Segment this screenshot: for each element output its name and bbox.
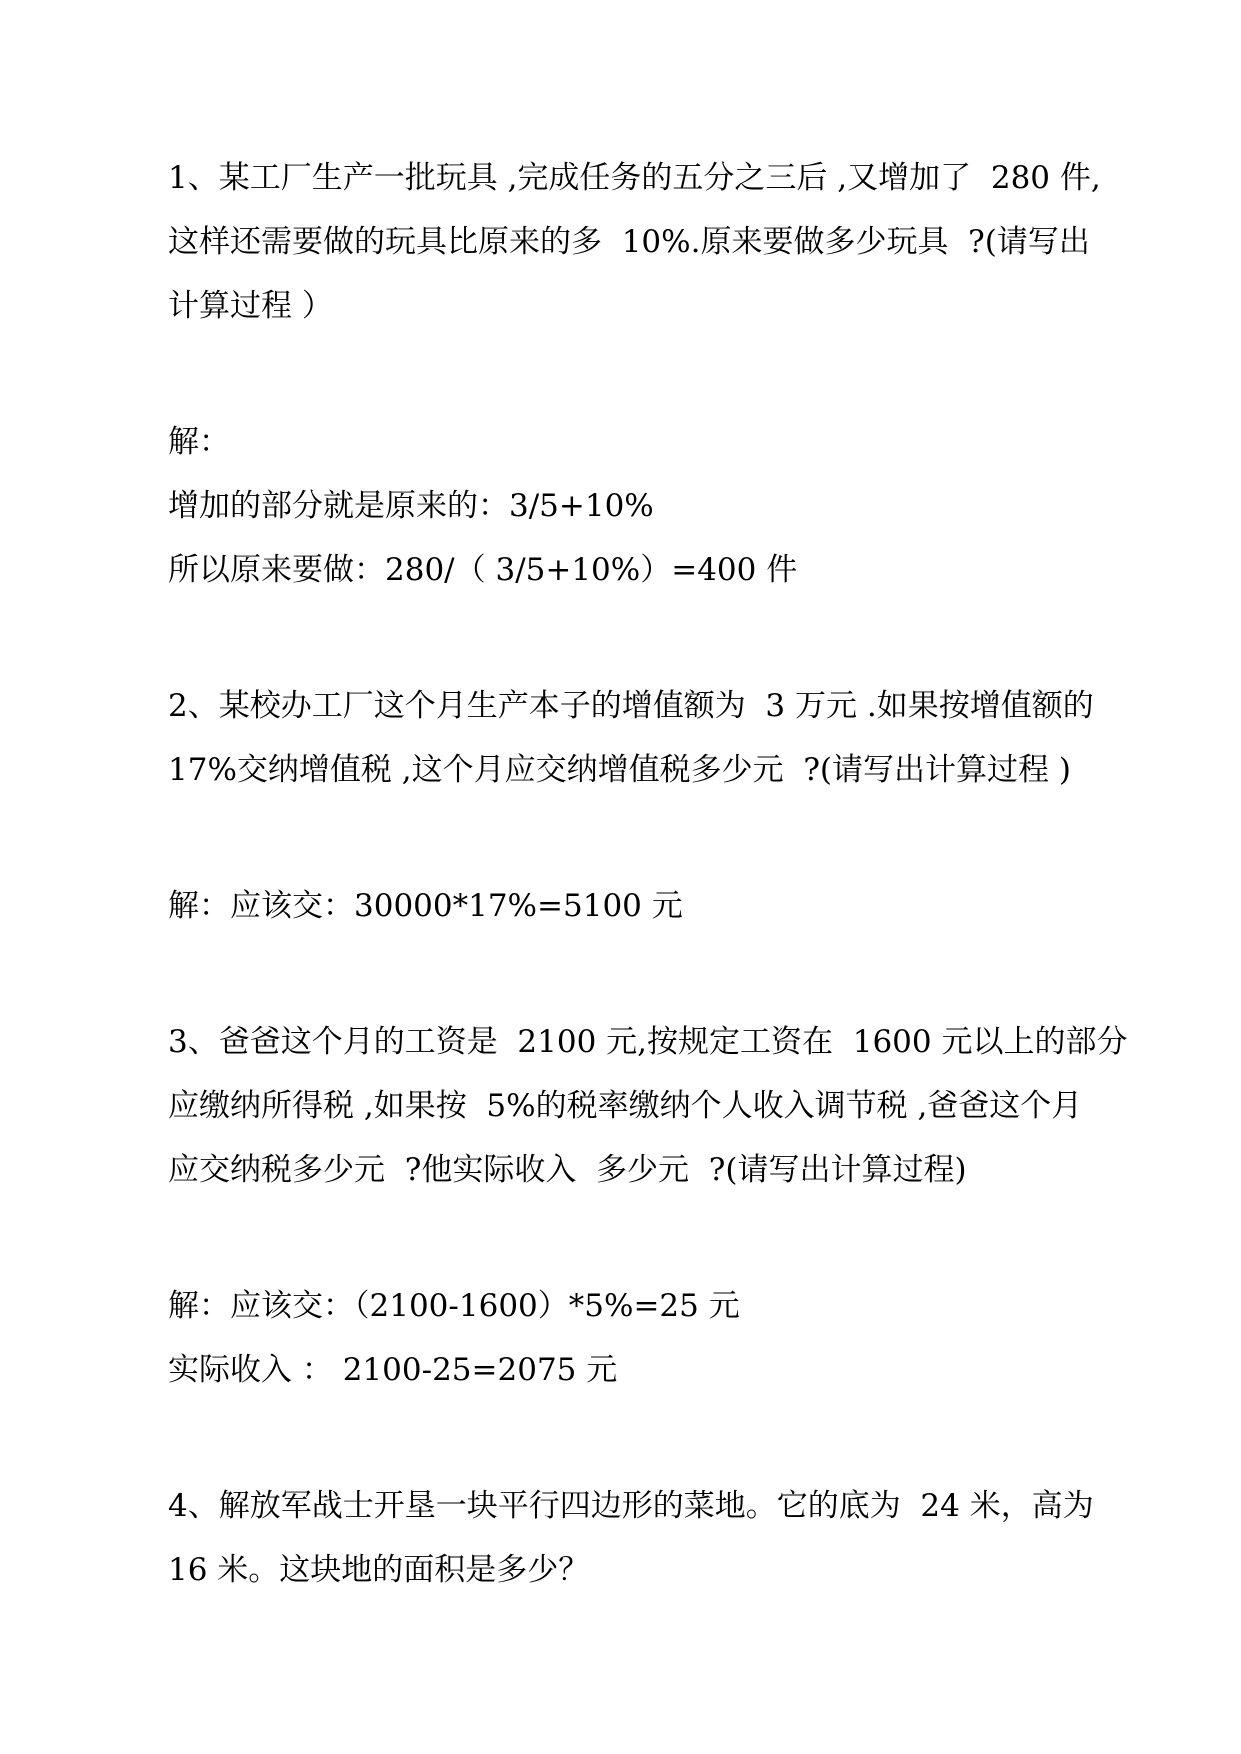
problem-2-solution: 解：应该交：30000*17%=5100 元 — [168, 874, 1091, 938]
problem-1-statement: 1、某工厂生产一批玩具 ,完成任务的五分之三后 ,又增加了 280 件, 这样还… — [168, 146, 1091, 338]
solution-1-step-2: 所以原来要做：280/（ 3/5+10%）=400 件 — [168, 538, 1091, 602]
problem-3-line-1: 3、爸爸这个月的工资是 2100 元,按规定工资在 1600 元以上的部分 — [168, 1010, 1091, 1074]
problem-4-statement: 4、解放军战士开垦一块平行四边形的菜地。它的底为 24 米，高为 16 米。这块… — [168, 1474, 1091, 1602]
problem-1-line-3: 计算过程 ） — [168, 274, 1091, 338]
problem-3-line-3: 应交纳税多少元 ?他实际收入 多少元 ?(请写出计算过程) — [168, 1138, 1091, 1202]
problem-2-line-1: 2、某校办工厂这个月生产本子的增值额为 3 万元 .如果按增值额的 — [168, 674, 1091, 738]
problem-1-line-2: 这样还需要做的玩具比原来的多 10%.原来要做多少玩具 ?(请写出 — [168, 210, 1091, 274]
problem-1-line-1: 1、某工厂生产一批玩具 ,完成任务的五分之三后 ,又增加了 280 件, — [168, 146, 1091, 210]
solution-3-step-1: 解：应该交：（2100-1600）*5%=25 元 — [168, 1274, 1091, 1338]
solution-3-step-2: 实际收入 ： 2100-25=2075 元 — [168, 1338, 1091, 1402]
problem-4-line-1: 4、解放军战士开垦一块平行四边形的菜地。它的底为 24 米，高为 — [168, 1474, 1091, 1538]
problem-3-statement: 3、爸爸这个月的工资是 2100 元,按规定工资在 1600 元以上的部分 应缴… — [168, 1010, 1091, 1202]
problem-3-line-2: 应缴纳所得税 ,如果按 5%的税率缴纳个人收入调节税 ,爸爸这个月 — [168, 1074, 1091, 1138]
solution-1-step-1: 增加的部分就是原来的：3/5+10% — [168, 474, 1091, 538]
problem-4-line-2: 16 米。这块地的面积是多少？ — [168, 1538, 1091, 1602]
problem-2-statement: 2、某校办工厂这个月生产本子的增值额为 3 万元 .如果按增值额的 17%交纳增… — [168, 674, 1091, 802]
problem-3-solution: 解：应该交：（2100-1600）*5%=25 元 实际收入 ： 2100-25… — [168, 1274, 1091, 1402]
solution-1-label: 解： — [168, 410, 1091, 474]
problem-1-solution: 解： 增加的部分就是原来的：3/5+10% 所以原来要做：280/（ 3/5+1… — [168, 410, 1091, 602]
solution-2-step-1: 解：应该交：30000*17%=5100 元 — [168, 874, 1091, 938]
document-page: 1、某工厂生产一批玩具 ,完成任务的五分之三后 ,又增加了 280 件, 这样还… — [0, 0, 1241, 1754]
problem-2-line-2: 17%交纳增值税 ,这个月应交纳增值税多少元 ?(请写出计算过程 ) — [168, 738, 1091, 802]
